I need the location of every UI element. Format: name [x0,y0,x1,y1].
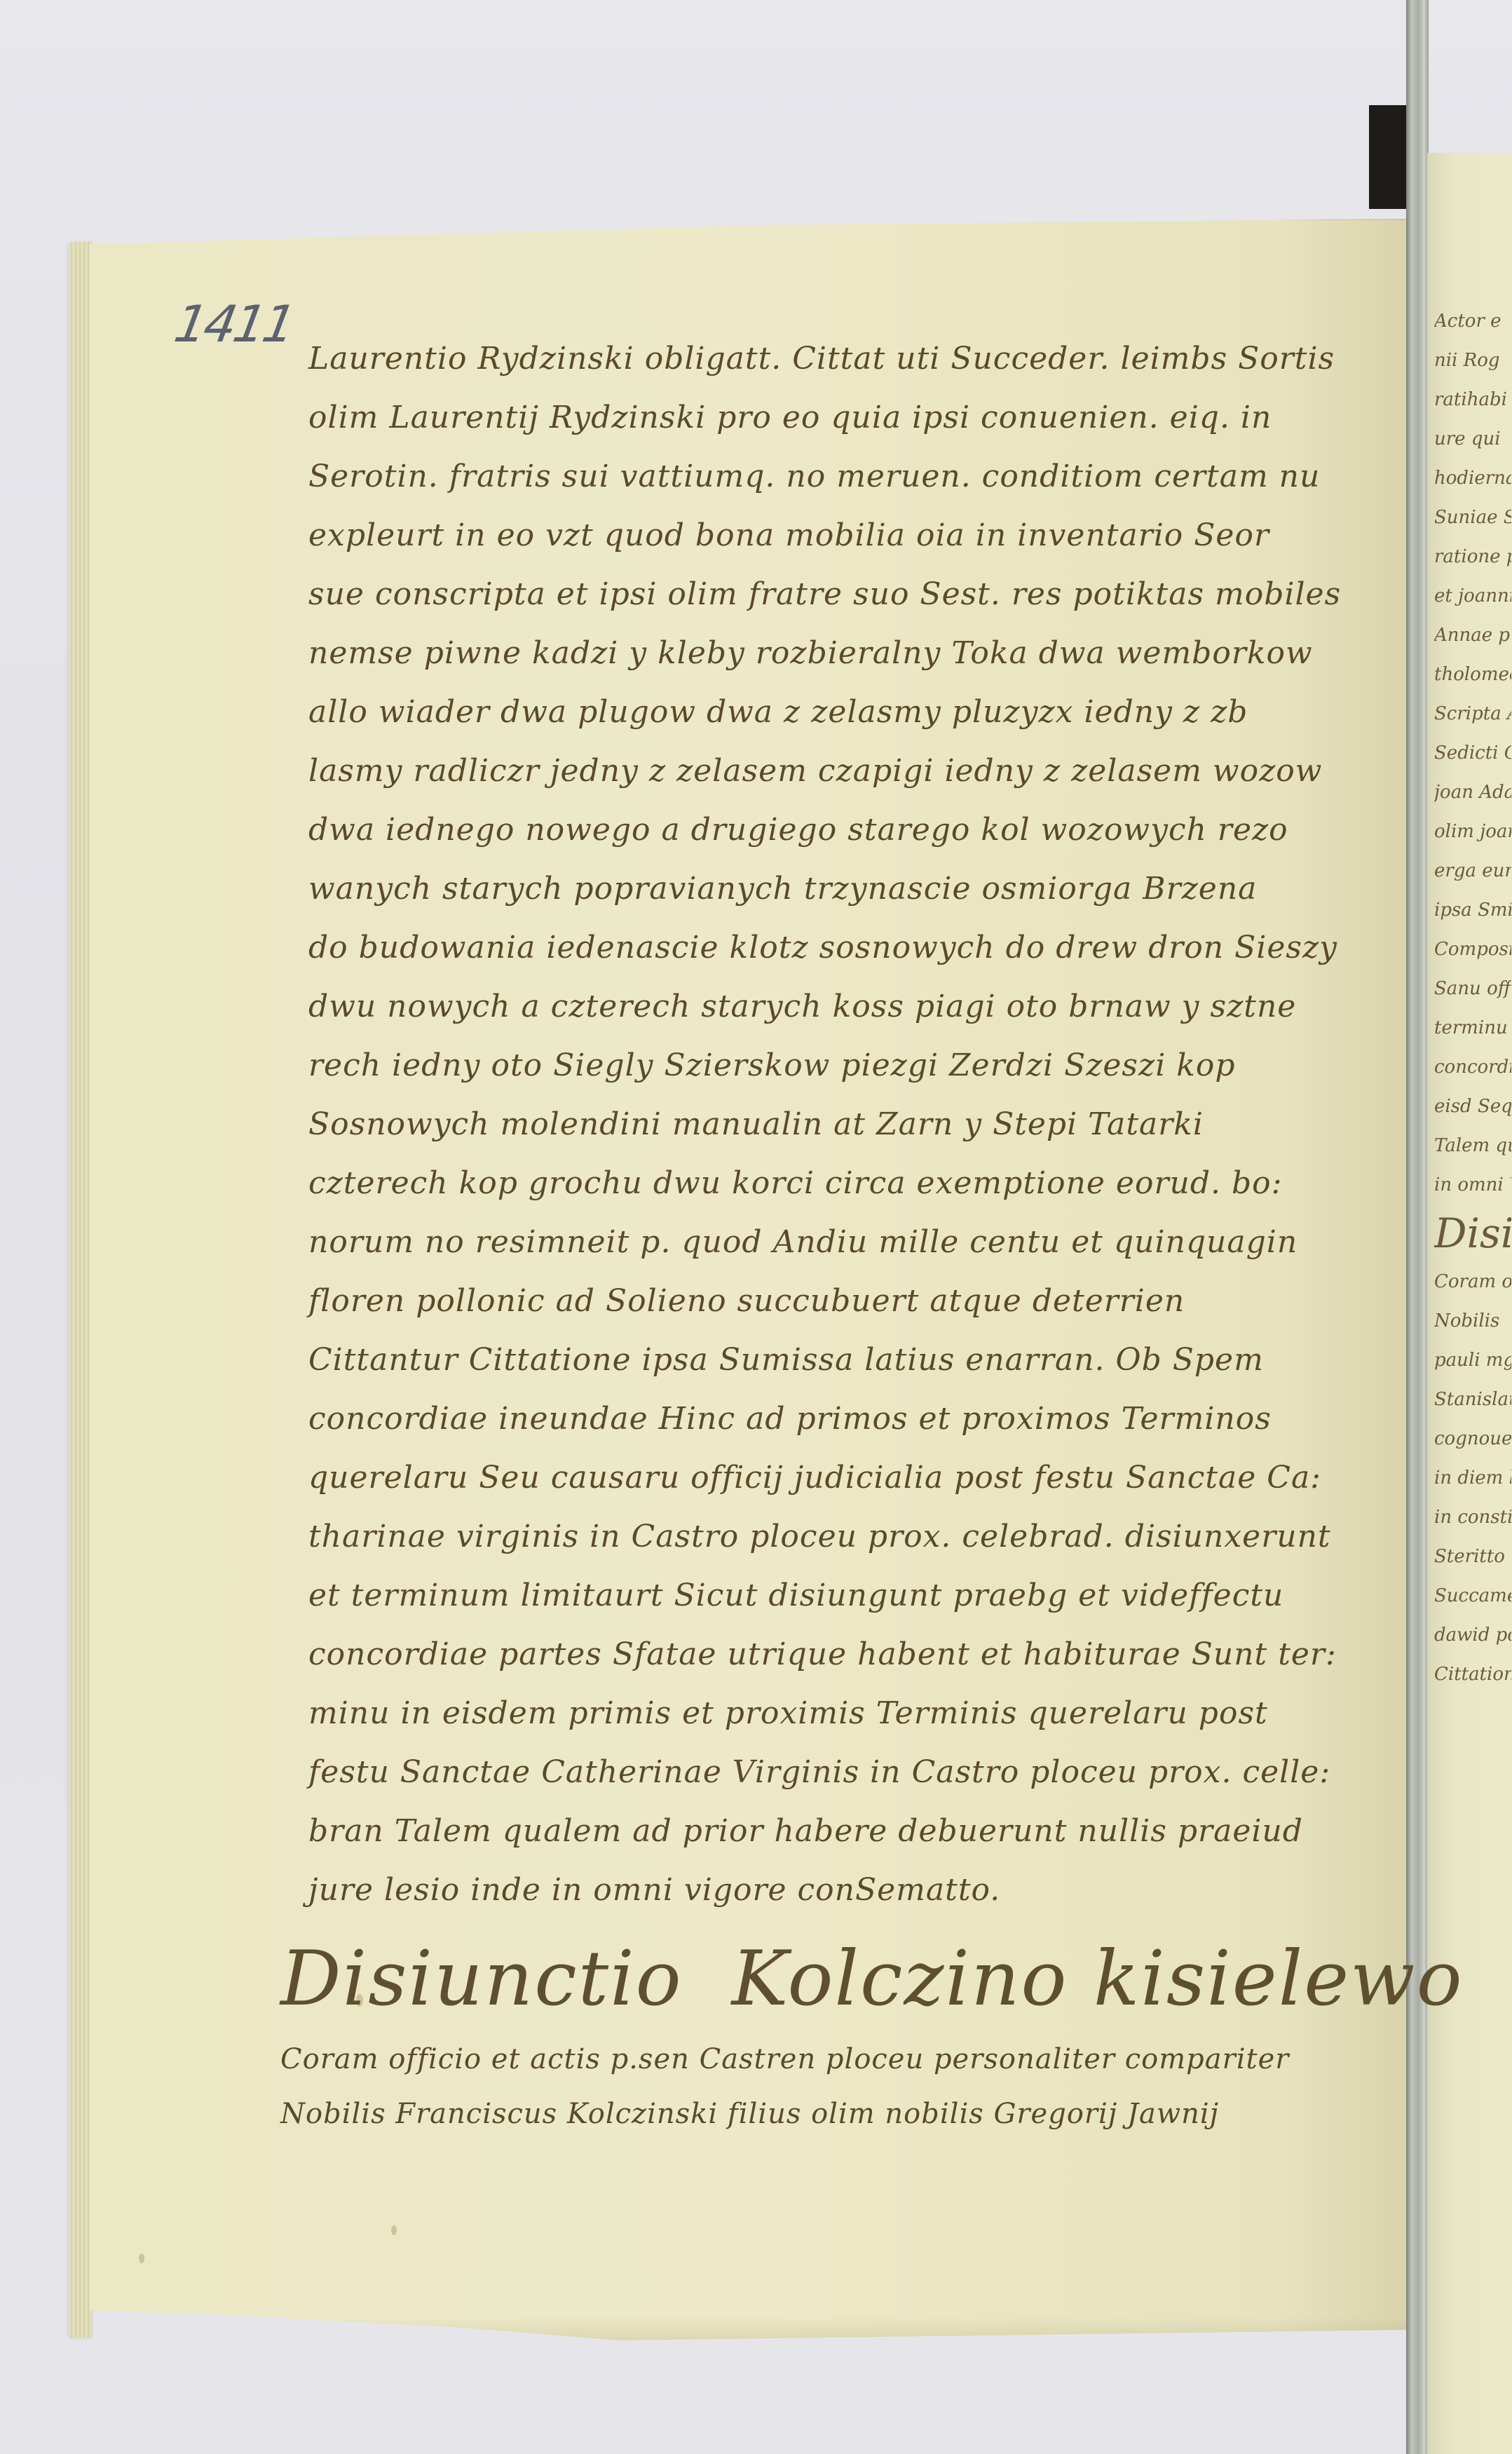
facing-line: et joanni [1434,576,1511,616]
facing-line: Succamen [1434,1576,1511,1615]
facing-line: hodierna [1434,459,1511,498]
facing-line: Nobilis [1434,1301,1511,1341]
facing-line: in omni Vi [1434,1165,1511,1205]
facing-line: ipsa Smi [1434,890,1511,930]
manuscript-line: dwu nowych a czterech starych koss piagi… [308,977,1388,1036]
manuscript-line: czterech kop grochu dwu korci circa exem… [308,1154,1388,1213]
facing-line: ure qui [1434,419,1511,459]
facing-line: ratione p [1434,537,1511,576]
facing-line: Cittatione [1434,1655,1511,1694]
facing-line: Talem qu [1434,1126,1511,1165]
facing-line: Actor e [1434,301,1511,341]
facing-line: Stanislaus [1434,1380,1511,1419]
heading-word-disiunctio: Disiunctio [280,1935,683,2023]
manuscript-line: norum no resimneit p. quod Andiu mille c… [308,1213,1388,1272]
manuscript-line: dwa iednego nowego a drugiego starego ko… [308,801,1388,860]
manuscript-line: Nobilis Franciscus Kolczinski filius oli… [280,2087,1388,2141]
facing-line: in diem b [1434,1458,1511,1498]
entry-opening: Coram officio et actis p.sen Castren plo… [280,2032,1388,2141]
facing-line: Suniae So [1434,498,1511,537]
manuscript-line: jure lesio inde in omni vigore conSematt… [308,1861,1388,1920]
manuscript-line: Coram officio et actis p.sen Castren plo… [280,2032,1388,2087]
manuscript-line: concordiae ineundae Hinc ad primos et pr… [308,1390,1388,1449]
manuscript-line: allo wiader dwa plugow dwa z zelasmy plu… [308,683,1388,742]
manuscript-line: Cittantur Cittatione ipsa Sumissa latius… [308,1331,1388,1390]
ink-stain [391,2225,397,2235]
manuscript-line: et terminum limitaurt Sicut disiungunt p… [308,1566,1388,1625]
manuscript-line: floren pollonic ad Solieno succubuert at… [308,1272,1388,1331]
manuscript-line: sue conscripta et ipsi olim fratre suo S… [308,565,1388,624]
facing-line: concordiae [1434,1048,1511,1087]
manuscript-line: expleurt in eo vzt quod bona mobilia oia… [308,506,1388,565]
facing-line: terminu p [1434,1008,1511,1048]
facing-line: in constitut [1434,1498,1511,1537]
facing-line: Sedicti Gra [1434,733,1511,773]
manuscript-line: wanych starych popravianych trzynascie o… [308,860,1388,918]
facing-line: ratihabi [1434,380,1511,419]
manuscript-line: rech iedny oto Siegly Szierskow piezgi Z… [308,1036,1388,1095]
stacked-page-edges [69,242,93,2338]
facing-line: erga eund [1434,851,1511,890]
facing-line: eisd Seque [1434,1087,1511,1126]
manuscript-line: querelaru Seu causaru officij judicialia… [308,1449,1388,1507]
manuscript-text-block: Laurentio Rydzinski obligatt. Cittat uti… [308,330,1388,2141]
manuscript-line: Sosnowych molendini manualin at Zarn y S… [308,1095,1388,1154]
section-heading: DisiunctioKolczino kisielewo [280,1927,1388,2032]
manuscript-line: lasmy radliczr jedny z zelasem czapigi i… [308,742,1388,801]
manuscript-line: festu Sanctae Catherinae Virginis in Cas… [308,1743,1388,1802]
manuscript-line: minu in eisdem primis et proximis Termin… [308,1684,1388,1743]
facing-line: Steritto [1434,1537,1511,1576]
manuscript-line: Laurentio Rydzinski obligatt. Cittat uti… [308,330,1388,388]
folio-number: 1411 [170,294,298,353]
facing-heading: Disit [1434,1205,1511,1262]
facing-line: Annae pu [1434,616,1511,655]
facing-line: cognouer [1434,1419,1511,1458]
facing-line: nii Rog [1434,341,1511,380]
facing-line: olim joann [1434,812,1511,851]
heading-place-names: Kolczino kisielewo [732,1935,1464,2023]
book-gutter [1406,0,1429,2454]
facing-line: dawid por [1434,1615,1511,1655]
manuscript-line: do budowania iedenascie klotz sosnowych … [308,918,1388,977]
facing-line: pauli mg [1434,1341,1511,1380]
facing-line: joan Ada [1434,773,1511,812]
ink-stain [139,2253,144,2263]
facing-line: Coram o [1434,1262,1511,1301]
manuscript-line: Serotin. fratris sui vattiumq. no meruen… [308,447,1388,506]
spine-bookmark-strip [1369,105,1407,209]
manuscript-line: concordiae partes Sfatae utrique habent … [308,1625,1388,1684]
facing-line: Sanu offit [1434,969,1511,1008]
manuscript-line: tharinae virginis in Castro ploceu prox.… [308,1507,1388,1566]
manuscript-line: bran Talem qualem ad prior habere debuer… [308,1802,1388,1861]
manuscript-line: olim Laurentij Rydzinski pro eo quia ips… [308,388,1388,447]
manuscript-line: nemse piwne kadzi y kleby rozbieralny To… [308,624,1388,683]
facing-line: Scripta Ac [1434,694,1511,733]
facing-page-text: Actor e nii Rog ratihabi ure qui hodiern… [1434,301,1511,1694]
facing-line: Composic [1434,930,1511,969]
facing-line: tholomeo [1434,655,1511,694]
